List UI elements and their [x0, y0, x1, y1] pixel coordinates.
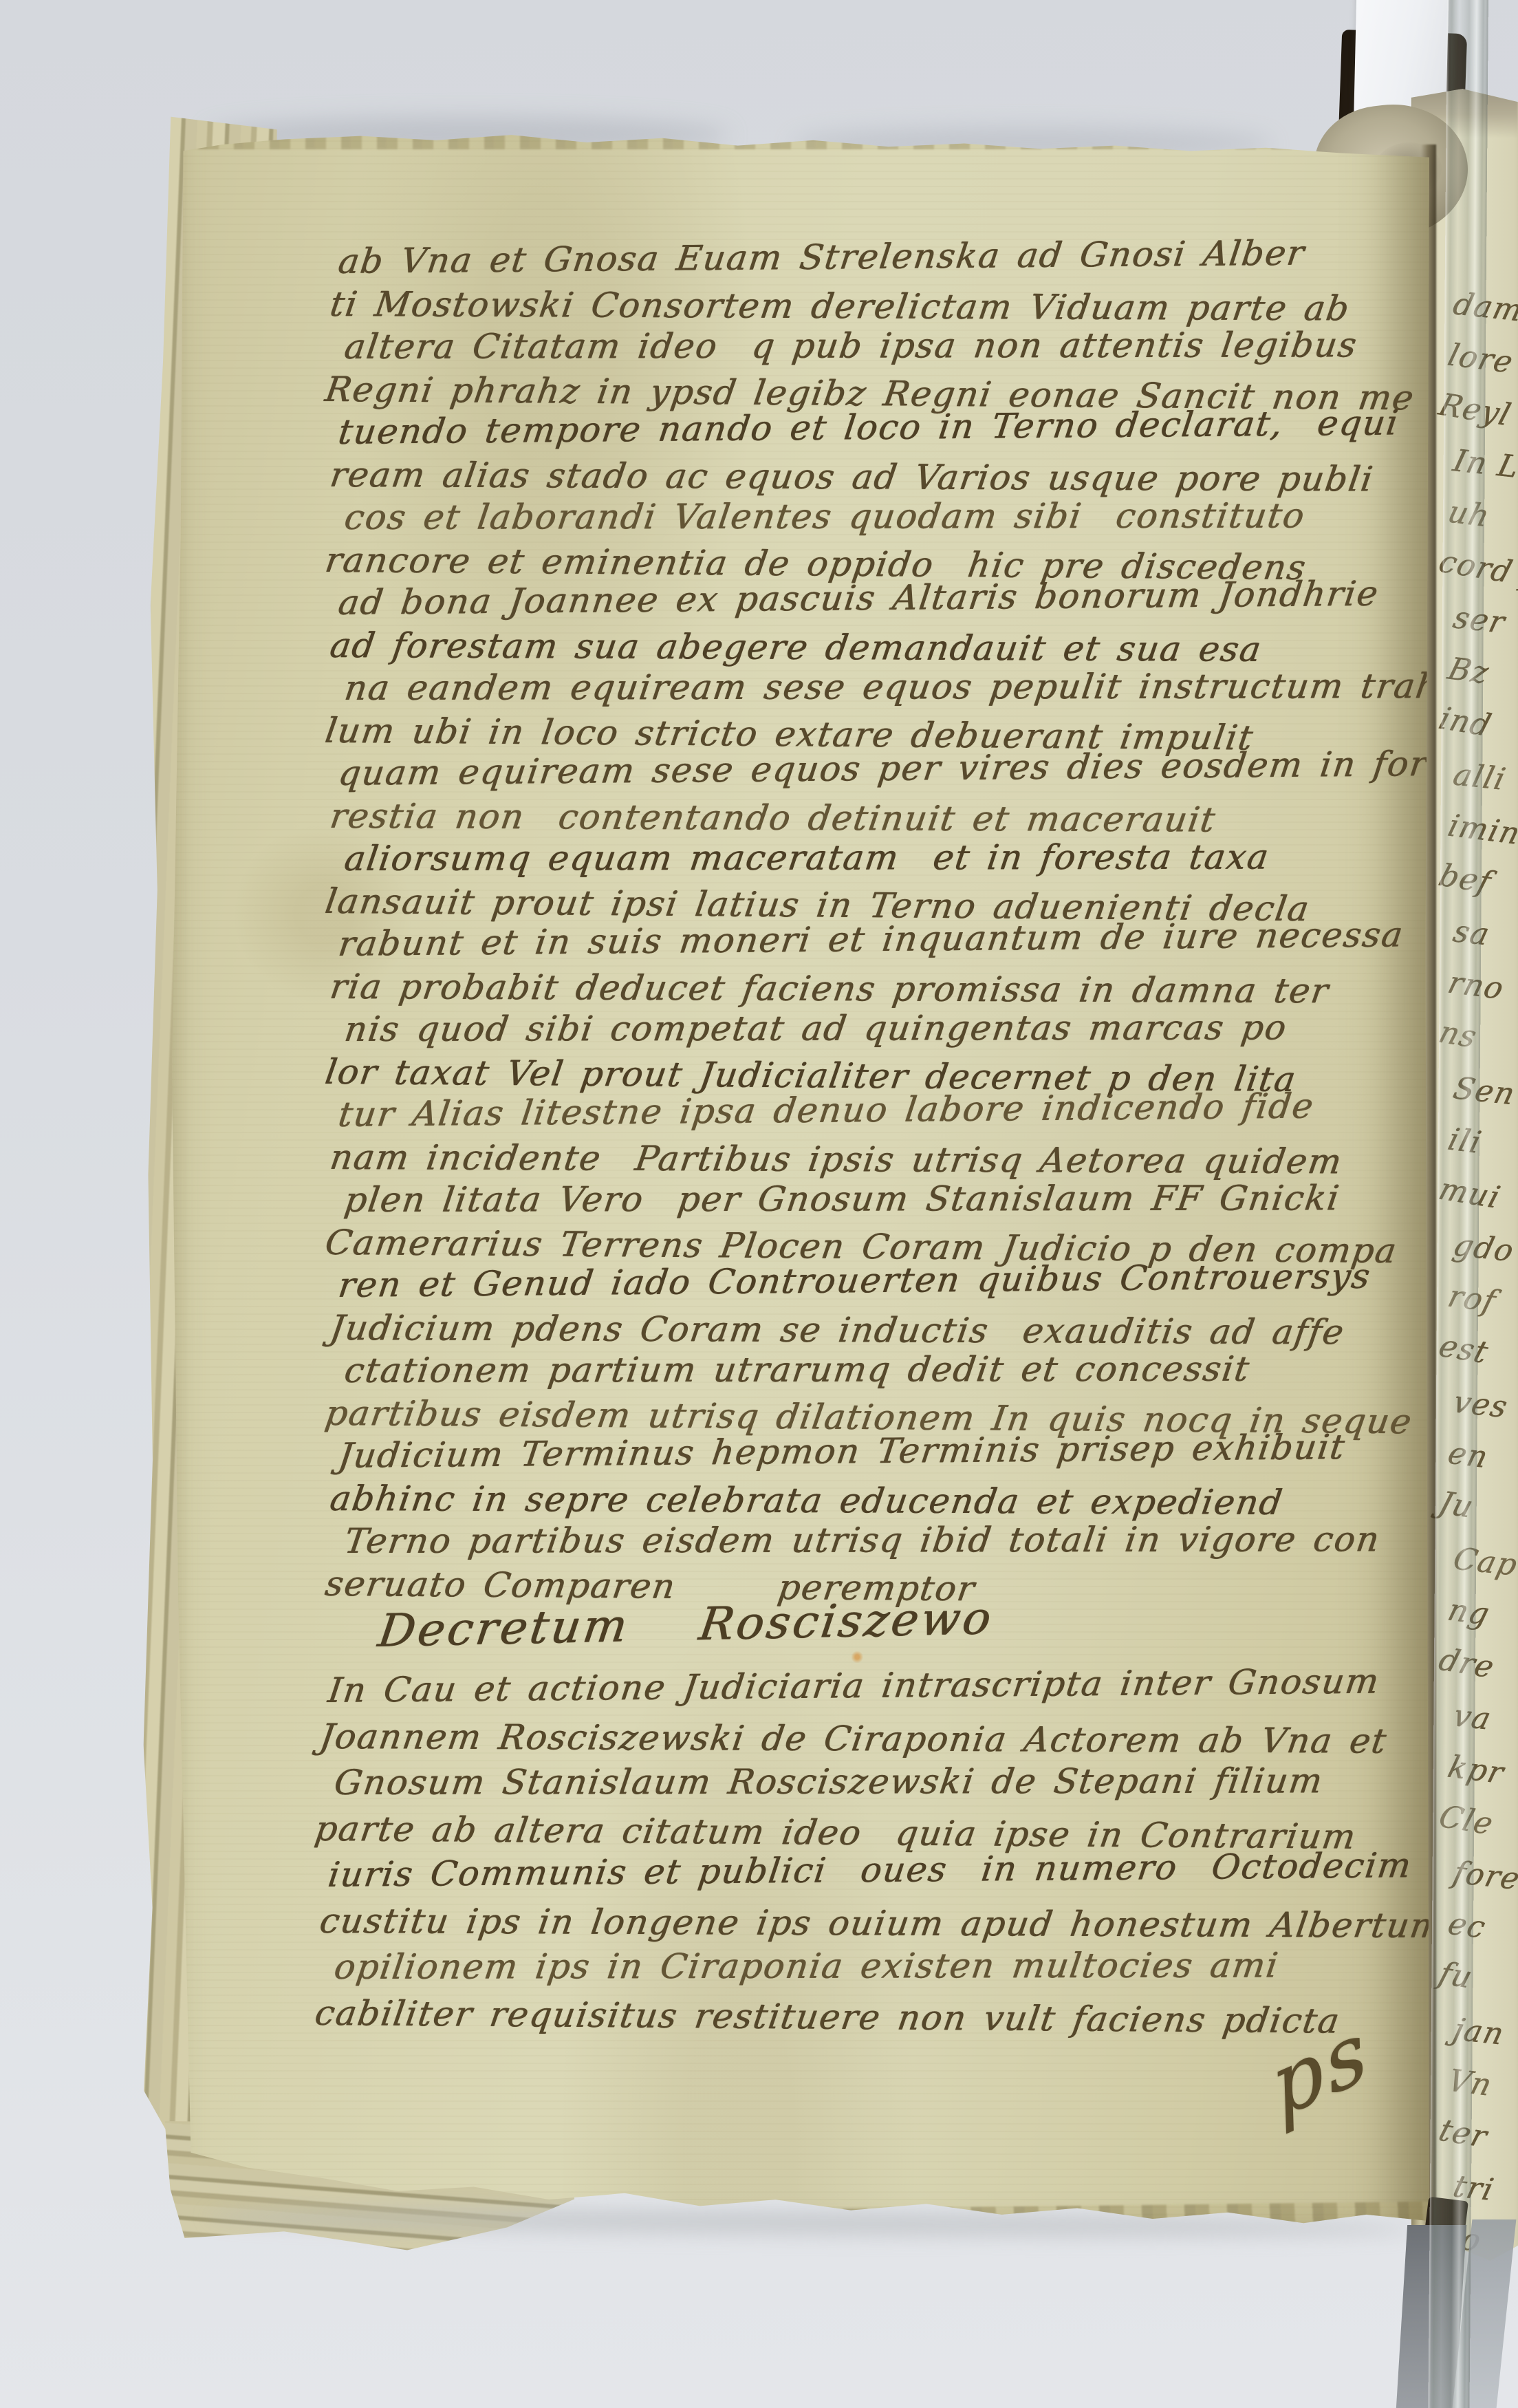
- handwritten-paragraph-1: ab Vna et Gnosa Euam Strelenska ad Gnosi…: [334, 241, 1429, 1606]
- handwritten-line: aliorsumq equam maceratam et in foresta …: [342, 837, 1429, 881]
- handwritten-line: na eandem equiream sese equos pepulit in…: [342, 666, 1429, 711]
- handwritten-line: nis quod sibi competat ad quingentas mar…: [342, 1007, 1429, 1052]
- handwritten-line: custitu ips in longene ips ouium apud ho…: [316, 1900, 1429, 1950]
- handwritten-line: cabiliter requisitus restituere non vult…: [312, 1992, 1429, 2047]
- handwritten-line: ctationem partium utrarumq dedit et conc…: [342, 1348, 1429, 1393]
- manuscript-photo: damnloreReylIn Luhcord fserBzindalliimin…: [0, 0, 1518, 2408]
- manuscript-page: ab Vna et Gnosa Euam Strelenska ad Gnosi…: [172, 102, 1429, 2238]
- handwritten-line: Gnosum Stanislaum Rosciszewski de Stepan…: [331, 1759, 1429, 1807]
- handwritten-line: opilionem ips in Ciraponia existen multo…: [331, 1944, 1429, 1992]
- handwritten-line: iuris Communis et publici oues in numero…: [325, 1844, 1429, 1900]
- handwritten-paragraph-2: In Cau et actione Judiciaria intrascript…: [323, 1669, 1429, 2038]
- handwritten-line: altera Citatam ideo q pub ipsa non atten…: [342, 325, 1429, 369]
- handwritten-line: plen litata Vero per Gnosum Stanislaum F…: [342, 1178, 1429, 1223]
- handwritten-line: In Cau et actione Judiciaria intrascript…: [325, 1659, 1429, 1715]
- handwritten-line: ab Vna et Gnosa Euam Strelenska ad Gnosi…: [336, 231, 1429, 284]
- handwritten-line: cos et laborandi Valentes quodam sibi co…: [342, 495, 1429, 540]
- section-heading: Decretum Rosciszewo: [373, 1587, 997, 1666]
- handwritten-line: Terno partibus eisdem utrisq ibid totali…: [342, 1519, 1429, 1564]
- handwritten-line: Joannem Rosciszewski de Ciraponia Actore…: [316, 1715, 1429, 1766]
